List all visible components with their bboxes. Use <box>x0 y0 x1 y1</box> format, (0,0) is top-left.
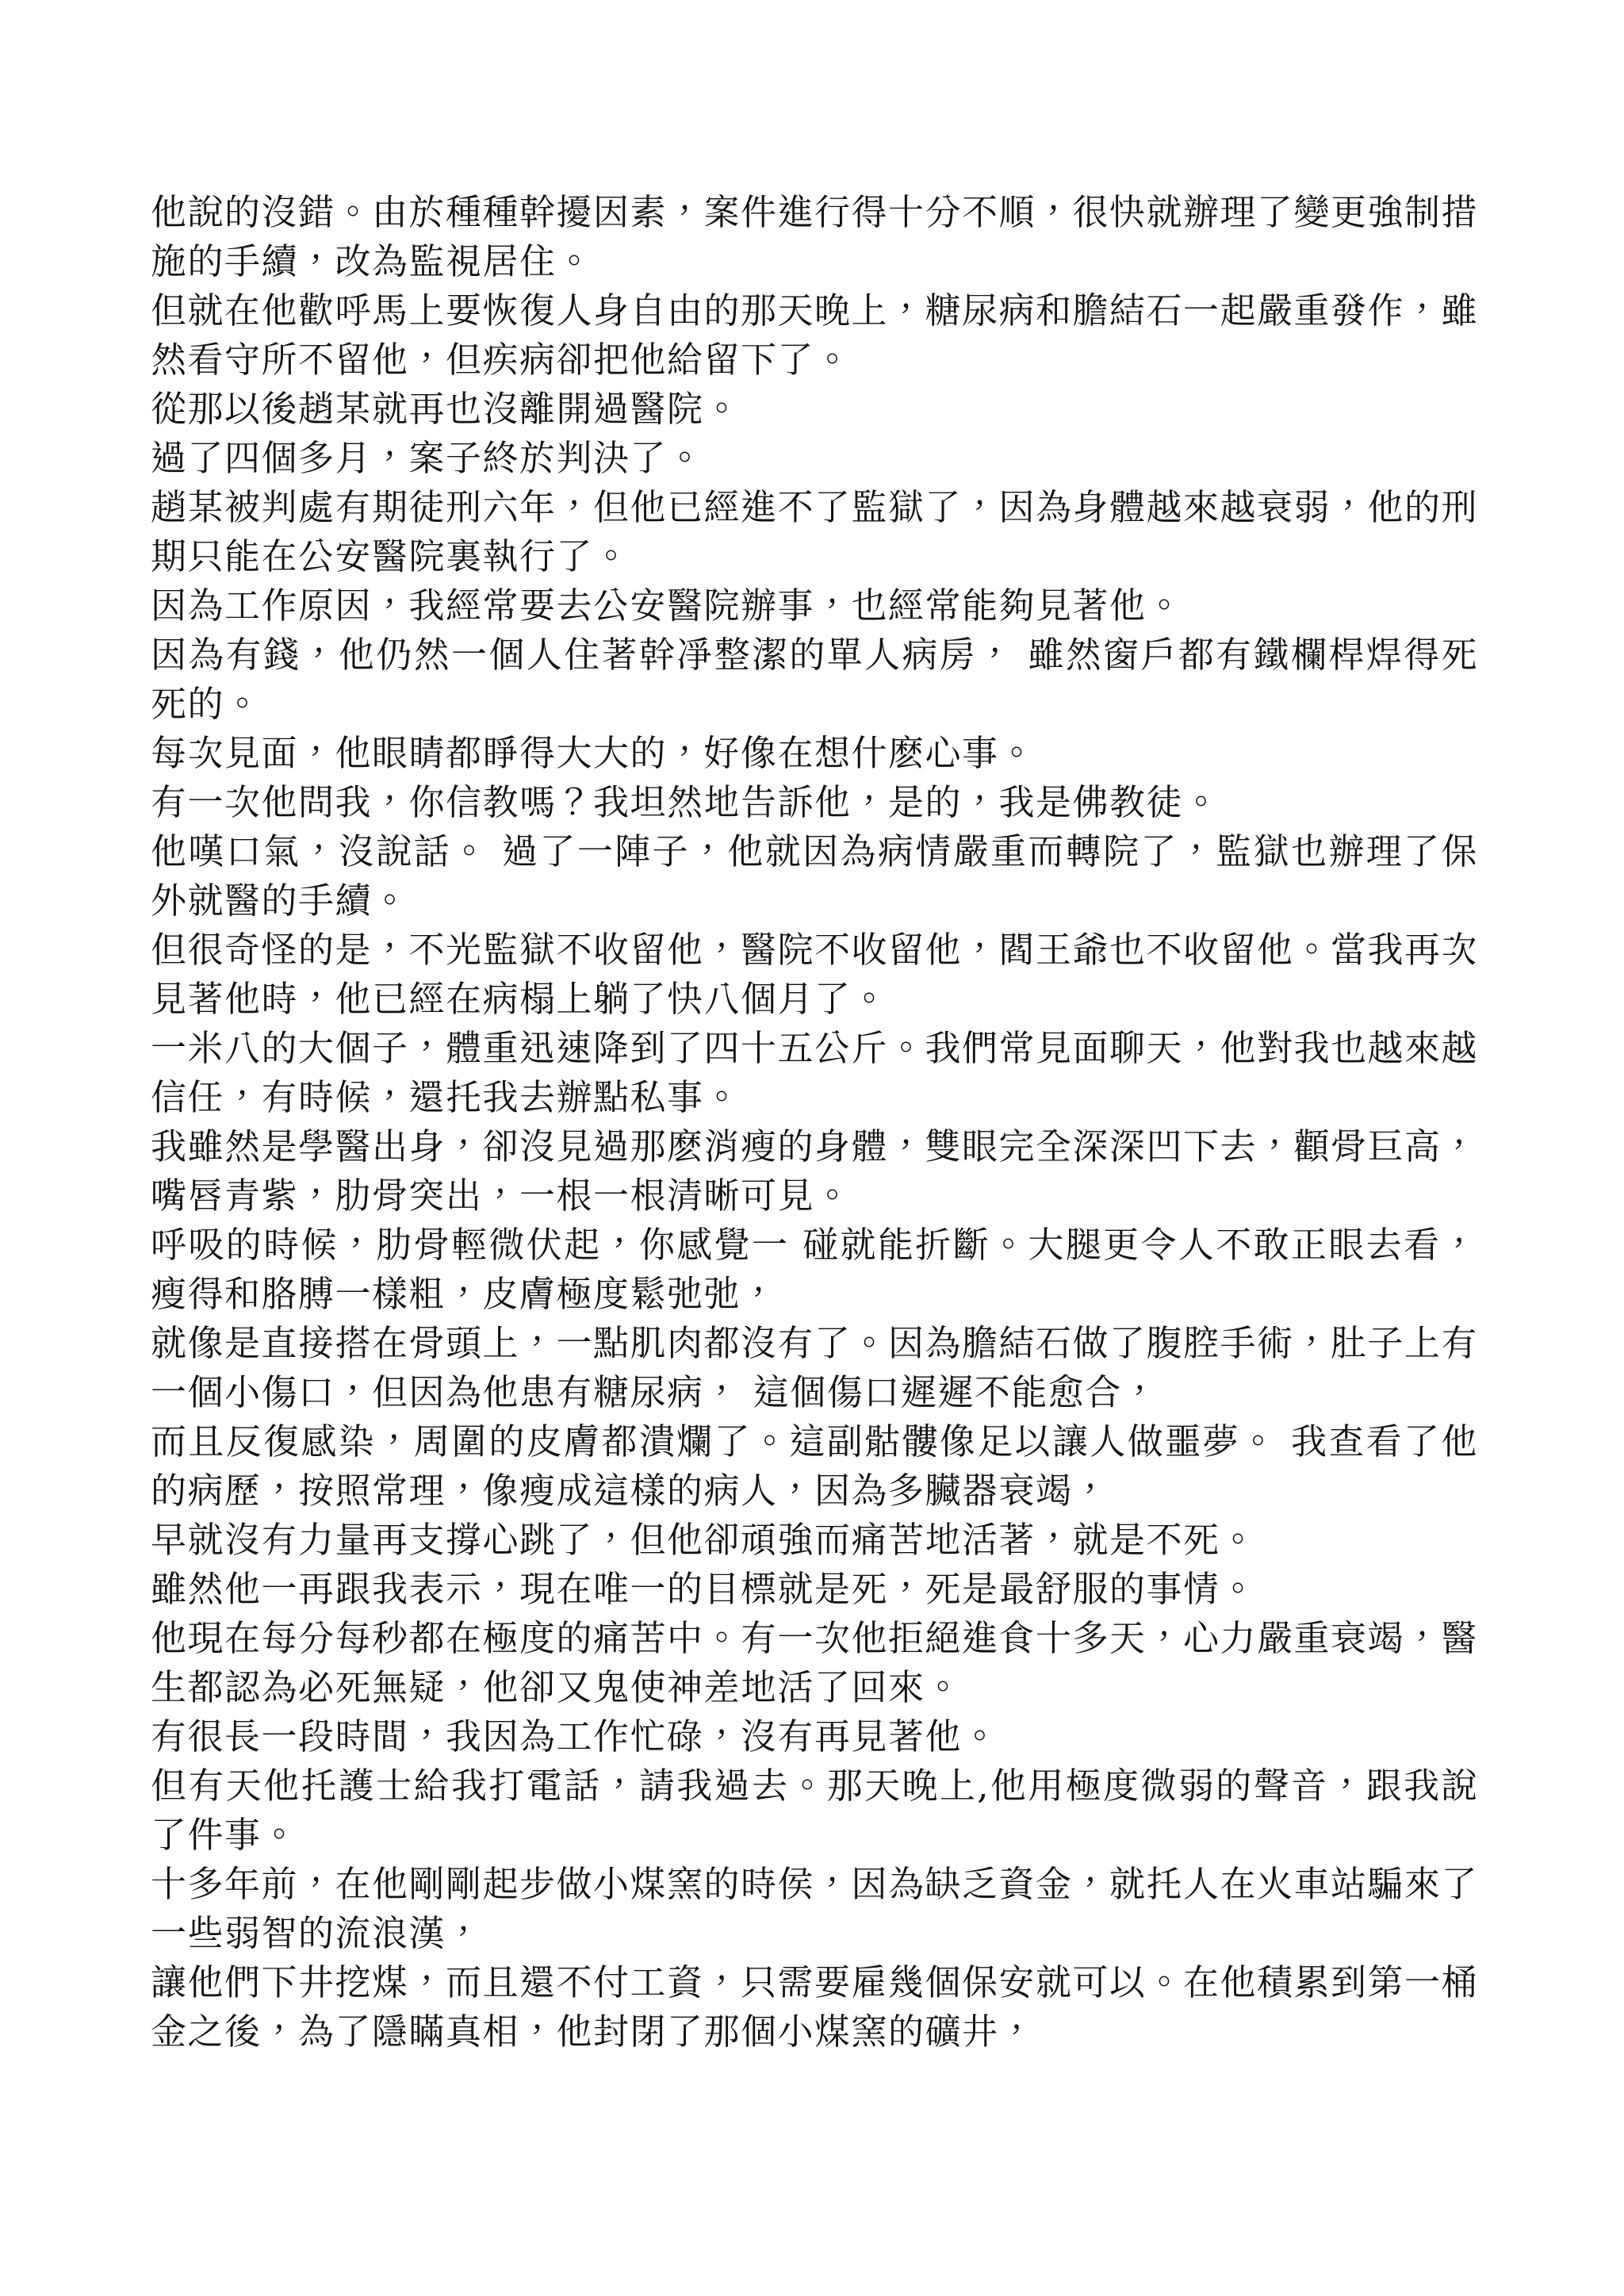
paragraph: 有很長一段時間，我因為工作忙碌，沒有再見著他。 <box>151 1712 1478 1761</box>
paragraph: 而且反復感染，周圍的皮膚都潰爛了。這副骷髏像足以讓人做噩夢。 我查看了他的病歷，… <box>151 1417 1478 1516</box>
paragraph: 但很奇怪的是，不光監獄不收留他，醫院不收留他，閻王爺也不收留他。當我再次見著他時… <box>151 926 1478 1024</box>
body-text: 他說的沒錯。由於種種幹擾因素，案件進行得十分不順，很快就辦理了變更強制措施的手續… <box>151 188 1478 2056</box>
paragraph: 趙某被判處有期徒刑六年，但他已經進不了監獄了，因為身體越來越衰弱，他的刑期只能在… <box>151 483 1478 581</box>
paragraph: 但就在他歡呼馬上要恢復人身自由的那天晚上，糖尿病和膽結石一起嚴重發作，雖然看守所… <box>151 286 1478 385</box>
paragraph: 一米八的大個子，體重迅速降到了四十五公斤。我們常見面聊天，他對我也越來越信任，有… <box>151 1024 1478 1122</box>
paragraph: 他說的沒錯。由於種種幹擾因素，案件進行得十分不順，很快就辦理了變更強制措施的手續… <box>151 188 1478 286</box>
paragraph: 讓他們下井挖煤，而且還不付工資，只需要雇幾個保安就可以。在他積累到第一桶金之後，… <box>151 1958 1478 2056</box>
paragraph: 雖然他一再跟我表示，現在唯一的目標就是死，死是最舒服的事情。 <box>151 1565 1478 1614</box>
paragraph: 每次見面，他眼睛都睜得大大的，好像在想什麽心事。 <box>151 729 1478 778</box>
paragraph: 早就沒有力量再支撐心跳了，但他卻頑強而痛苦地活著，就是不死。 <box>151 1516 1478 1565</box>
paragraph: 我雖然是學醫出身，卻沒見過那麽消瘦的身體，雙眼完全深深凹下去，顴骨巨高，嘴唇青紫… <box>151 1122 1478 1221</box>
paragraph: 有一次他問我，你信教嗎？我坦然地告訴他，是的，我是佛教徒。 <box>151 778 1478 827</box>
paragraph: 從那以後趙某就再也沒離開過醫院。 <box>151 385 1478 434</box>
paragraph: 十多年前，在他剛剛起步做小煤窯的時侯，因為缺乏資金，就托人在火車站騙來了一些弱智… <box>151 1860 1478 1958</box>
paragraph: 因為工作原因，我經常要去公安醫院辦事，也經常能夠見著他。 <box>151 581 1478 631</box>
paragraph: 因為有錢，他仍然一個人住著幹凈整潔的單人病房， 雖然窗戶都有鐵欄桿焊得死死的。 <box>151 631 1478 729</box>
paragraph: 但有天他托護士給我打電話，請我過去。那天晚上,他用極度微弱的聲音，跟我說了件事。 <box>151 1761 1478 1860</box>
paragraph: 就像是直接搭在骨頭上，一點肌肉都沒有了。因為膽結石做了腹腔手術，肚子上有一個小傷… <box>151 1319 1478 1417</box>
paragraph: 他現在每分每秒都在極度的痛苦中。有一次他拒絕進食十多天，心力嚴重衰竭，醫生都認為… <box>151 1614 1478 1712</box>
paragraph: 呼吸的時候，肋骨輕微伏起，你感覺一 碰就能折斷。大腿更令人不敢正眼去看，瘦得和胳… <box>151 1221 1478 1319</box>
document-page: 他說的沒錯。由於種種幹擾因素，案件進行得十分不順，很快就辦理了變更強制措施的手續… <box>0 0 1624 2296</box>
paragraph: 過了四個多月，案子終於判決了。 <box>151 434 1478 483</box>
paragraph: 他嘆口氣，沒說話。 過了一陣子，他就因為病情嚴重而轉院了，監獄也辦理了保外就醫的… <box>151 827 1478 926</box>
